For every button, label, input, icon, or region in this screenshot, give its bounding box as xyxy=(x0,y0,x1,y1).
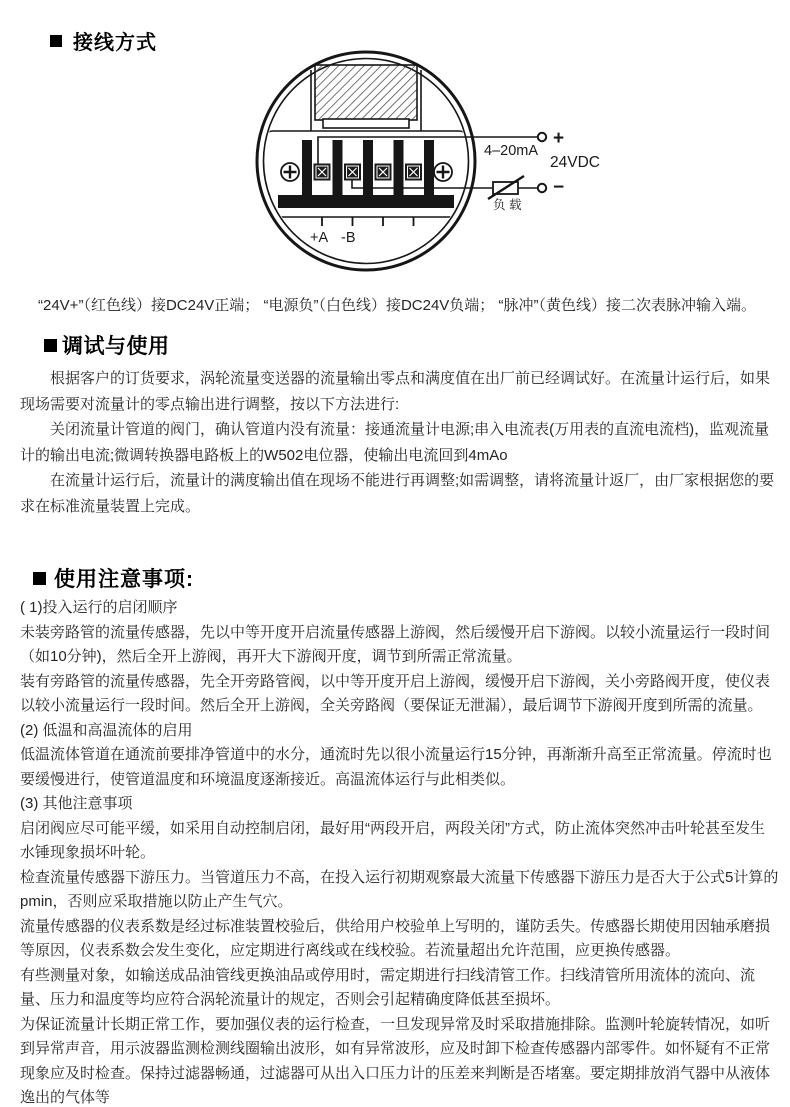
note-paragraph: 有些测量对象，如输送成品油管线更换油品或停用时，需定期进行扫线清管工作。扫线清管… xyxy=(20,964,779,1013)
notes-section: ( 1)投入运行的启闭顺序 未装旁路管的流量传感器，先以中等开度开启流量传感器上… xyxy=(20,596,779,1107)
note-paragraph: 低温流体管道在通流前要排净管道中的水分，通流时先以很小流量运行15分钟，再渐渐升… xyxy=(20,743,779,792)
section-heading-wiring: 接线方式 xyxy=(50,26,157,55)
terminal-a-label: +A xyxy=(310,230,328,246)
plus-terminal-dot xyxy=(538,133,546,141)
load-label: 负 载 xyxy=(493,197,522,212)
note-paragraph: 检查流量传感器下游压力。当管道压力不高，在投入运行初期观察最大流量下传感器下游压… xyxy=(20,866,779,915)
connector-bar xyxy=(323,119,409,128)
section-title: 调试与使用 xyxy=(62,330,170,360)
note-paragraph: 启闭阀应尽可能平缓，如采用自动控制启闭，最好用“两段开启，两段关闭”方式，防止流… xyxy=(20,817,779,866)
plus-sign-label: + xyxy=(553,128,564,149)
note-paragraph: (3) 其他注意事项 xyxy=(20,792,779,817)
terminal-screw-1 xyxy=(314,164,331,181)
section-heading-notes: 使用注意事项: xyxy=(33,563,194,593)
terminal-screw-3 xyxy=(375,164,392,181)
minus-terminal-dot xyxy=(538,184,546,192)
square-bullet-icon xyxy=(33,572,46,585)
mounting-screw-right xyxy=(434,163,452,181)
minus-sign-label: − xyxy=(553,177,564,198)
section-title: 接线方式 xyxy=(73,26,157,55)
square-bullet-icon xyxy=(44,339,57,352)
wiring-color-note: “24V+”（红色线）接DC24V正端； “电源负”（白色线）接DC24V负端；… xyxy=(20,294,777,318)
debugging-section: 根据客户的订货要求，涡轮流量变送器的流量输出零点和满度值在出厂前已经调试好。在流… xyxy=(20,366,777,519)
supply-voltage-label: 24VDC xyxy=(550,154,600,171)
terminal-screw-2 xyxy=(344,164,361,181)
mounting-screw-left xyxy=(281,163,299,181)
terminal-screw-4 xyxy=(405,164,422,181)
section-title: 使用注意事项: xyxy=(54,563,194,593)
note-paragraph: 未装旁路管的流量传感器，先以中等开度开启流量传感器上游阀，然后缓慢开启下游阀。以… xyxy=(20,621,779,670)
hatched-block xyxy=(315,65,417,120)
note-paragraph: (2) 低温和高温流体的启用 xyxy=(20,719,779,744)
note-paragraph: 流量传感器的仪表系数是经过标准装置校验后，供给用户校验单上写明的，谨防丢失。传感… xyxy=(20,915,779,964)
wiring-diagram-svg: +A -B 4–20mA + 24VDC − 负 载 xyxy=(240,45,620,295)
manual-page: 接线方式 xyxy=(0,0,790,1107)
current-loop-label: 4–20mA xyxy=(484,143,538,159)
note-paragraph: 为保证流量计长期正常工作，要加强仪表的运行检查，一旦发现异常及时采取措施排除。监… xyxy=(20,1013,779,1107)
section-heading-debugging: 调试与使用 xyxy=(44,330,170,360)
terminal-b-label: -B xyxy=(341,230,356,246)
debug-paragraph: 在流量计运行后，流量计的满度输出值在现场不能进行再调整;如需调整，请将流量计返厂… xyxy=(20,468,777,519)
note-paragraph: ( 1)投入运行的启闭顺序 xyxy=(20,596,779,621)
wiring-diagram: +A -B 4–20mA + 24VDC − 负 载 xyxy=(240,45,620,295)
note-paragraph: 装有旁路管的流量传感器，先全开旁路管阀，以中等开度开启上游阀，缓慢开启下游阀，关… xyxy=(20,670,779,719)
debug-paragraph: 根据客户的订货要求，涡轮流量变送器的流量输出零点和满度值在出厂前已经调试好。在流… xyxy=(20,366,777,417)
debug-paragraph: 关闭流量计管道的阀门，确认管道内没有流量：接通流量计电源;串入电流表(万用表的直… xyxy=(20,417,777,468)
square-bullet-icon xyxy=(50,35,62,47)
